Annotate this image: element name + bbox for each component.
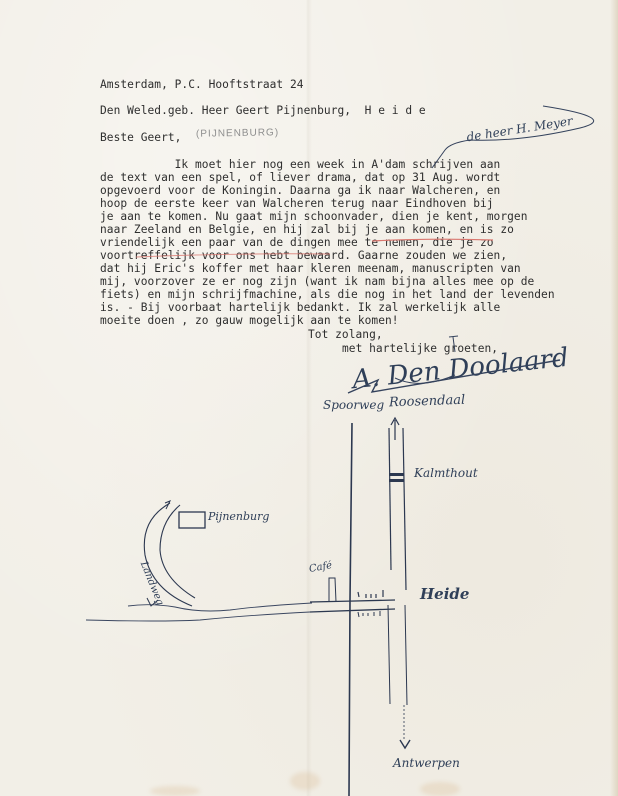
pencil-annotation: (PIJNENBURG) [196, 127, 279, 139]
house-marks [358, 590, 383, 598]
body-line: vriendelijk een paar van de dingen mee t… [100, 236, 494, 249]
sender-address: Amsterdam, P.C. Hooftstraat 24 [100, 78, 304, 91]
map-label-spoorweg: Spoorweg [323, 398, 384, 412]
map-label-antwerpen: Antwerpen [393, 756, 460, 770]
paper-edge-shadow [610, 0, 618, 796]
map-label-heide: Heide [420, 585, 469, 603]
railway-line [349, 423, 352, 796]
landweg-path-inner [160, 505, 195, 598]
road-left-edge [389, 428, 391, 570]
body-line: is. - Bij voorbaat hartelijk bedankt. Ik… [100, 301, 500, 314]
hand-drawn-map [0, 0, 618, 796]
recipient-line: Den Weled.geb. Heer Geert Pijnenburg, H … [100, 104, 426, 117]
crossing-road-lower [310, 609, 395, 612]
map-label-cafe: Café [308, 560, 333, 575]
cafe-building [329, 578, 336, 602]
road-right-edge [403, 428, 406, 590]
handwritten-annotation: de heer H. Meyer [466, 114, 574, 145]
body-line: je aan te komen. Nu gaat mijn schoonvade… [100, 210, 527, 223]
paper-stain [420, 782, 460, 796]
arrow-south-icon [400, 740, 410, 748]
body-line: hoop de eerste keer van Walcheren terug … [100, 197, 494, 210]
body-line: fiets) en mijn schrijfmachine, als die n… [100, 288, 555, 301]
scanned-letter-page: Amsterdam, P.C. Hooftstraat 24 Den Weled… [0, 0, 618, 796]
road-left-edge-south [388, 605, 390, 704]
closing-line-1: Tot zolang, [308, 328, 383, 341]
road-right-edge-south [405, 605, 407, 705]
body-line: Ik moet hier nog een week in A'dam schri… [100, 158, 500, 171]
body-line: moeite doen , zo gauw mogelijk aan te ko… [100, 314, 399, 327]
crossing-road-upper [310, 600, 395, 602]
body-line: mij, voorzover ze er nog zijn (want ik n… [100, 275, 534, 288]
house-marks [358, 611, 380, 617]
map-label-roosendaal: Roosendaal [389, 393, 466, 411]
map-label-pijnenburg: Pijnenburg [208, 510, 269, 523]
body-line: opgevoerd voor de Koningin. Daarna ga ik… [100, 184, 500, 197]
map-label-landweg: Landweg [138, 560, 166, 607]
body-line: voortreffelijk voor ons hebt bewaard. Ga… [100, 249, 507, 262]
landweg-arrow-icon [165, 501, 170, 509]
paper-stain [290, 772, 320, 790]
body-line: dat hij Eric's koffer met haar kleren me… [100, 262, 521, 275]
salutation: Beste Geert, [100, 131, 181, 144]
body-line: de text van een spel, of liever drama, d… [100, 171, 500, 184]
paper-stain [150, 786, 200, 796]
pijnenburg-house [179, 512, 205, 528]
station-marker [389, 473, 404, 476]
road-west [86, 612, 310, 621]
map-label-kalmthout: Kalmthout [414, 466, 478, 480]
body-line: naar Zeeland en Belgie, en hij zal bij j… [100, 223, 514, 236]
arrow-north-icon [391, 418, 399, 440]
station-marker [389, 479, 404, 482]
